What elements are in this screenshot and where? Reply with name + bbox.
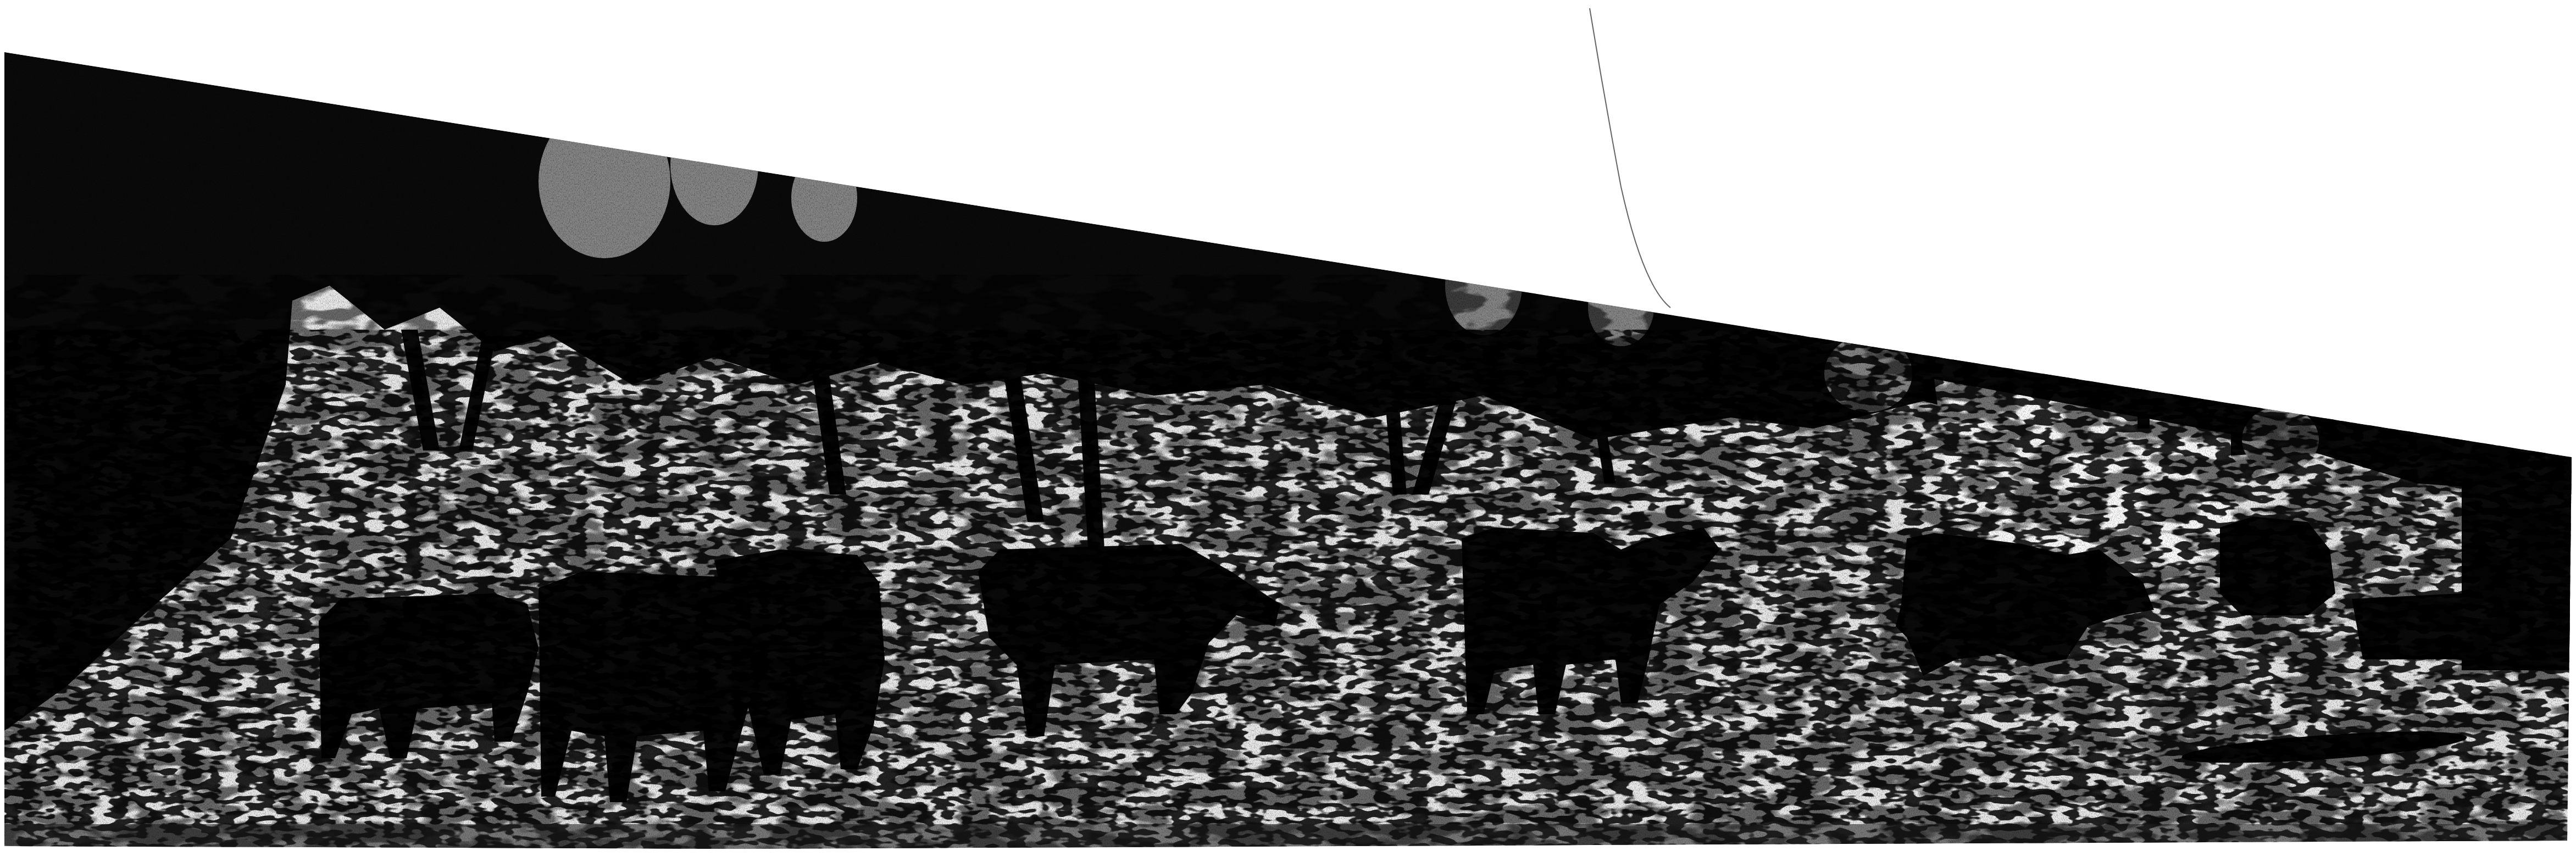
bottom-band — [0, 824, 2576, 856]
newspaper-photo — [0, 0, 2576, 856]
scratch-line — [1590, 8, 1670, 308]
halftone-grain — [0, 0, 2576, 856]
